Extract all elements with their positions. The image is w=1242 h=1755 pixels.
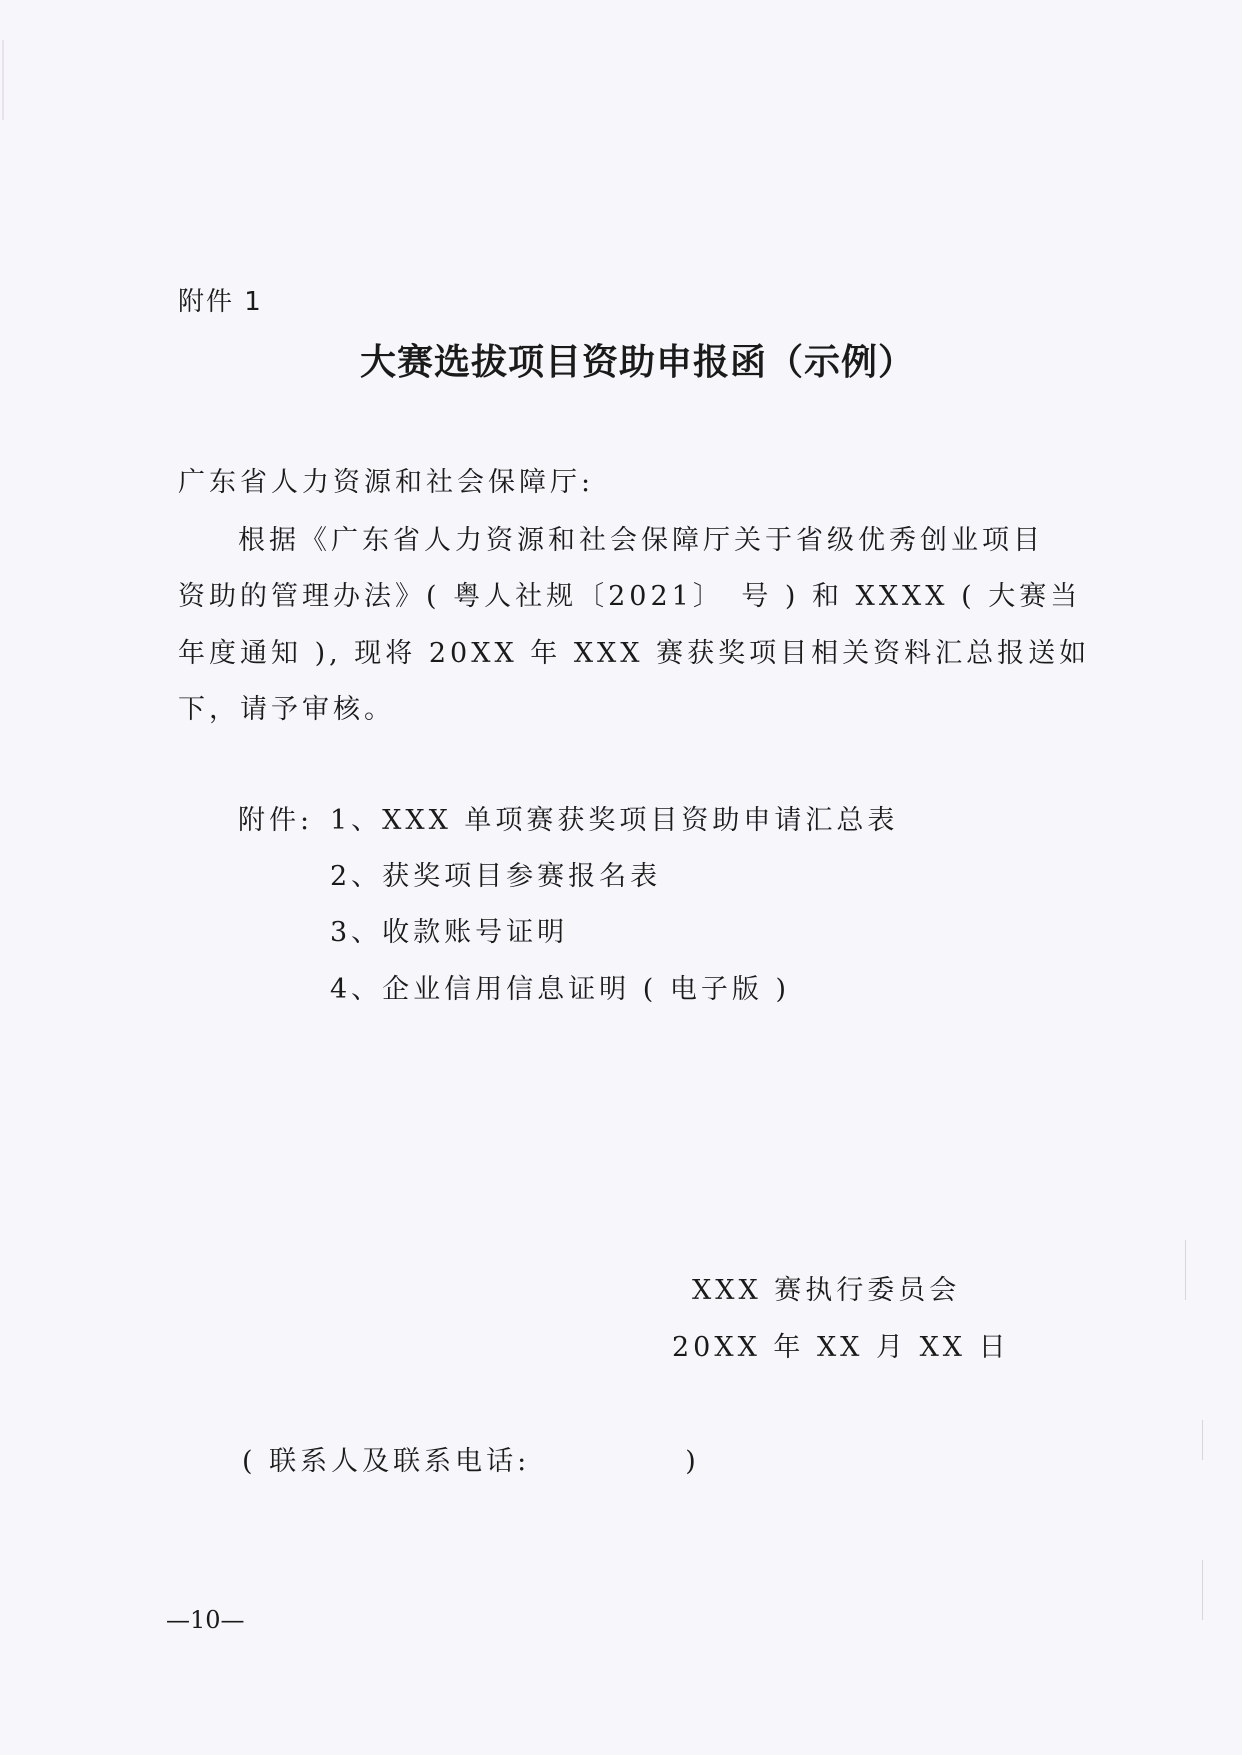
attachments-label: 附件: [238,807,313,834]
salutation: 广东省人力资源和社会保障厅: [178,469,594,496]
scan-mark-artifact [1202,1560,1203,1620]
attachment-item: 3、收款账号证明 [330,919,568,946]
page-title: 大赛选拔项目资助申报函（示例） [360,345,915,381]
body-line-3: 年度通知 ), 现将 20XX 年 XXX 赛获奖项目相关资料汇总报送如 [178,640,1090,667]
body-line-1: 根据《广东省人力资源和社会保障厅关于省级优秀创业项目 [238,527,1044,554]
scan-mark-artifact [1185,1240,1186,1300]
annex-label: 附件 1 [178,289,263,315]
scan-edge-artifact [2,40,4,120]
attachment-item: 2、获奖项目参赛报名表 [330,863,661,890]
signature-organization: XXX 赛执行委员会 [692,1277,960,1304]
body-line-4: 下，请予审核。 [178,696,395,723]
body-line-2: 资助的管理办法》( 粤人社规〔2021〕 号 ) 和 XXXX ( 大赛当 [178,583,1081,610]
page-number: —10— [166,1608,245,1632]
attachment-item: 4、企业信用信息证明 ( 电子版 ) [330,976,790,1003]
signature-date: 20XX 年 XX 月 XX 日 [672,1334,1010,1361]
scan-mark-artifact [1202,1420,1203,1460]
contact-line: ( 联系人及联系电话: ) [242,1448,700,1475]
document-page: 附件 1 大赛选拔项目资助申报函（示例） 广东省人力资源和社会保障厅: 根据《广… [0,0,1242,1755]
attachment-item: 1、XXX 单项赛获奖项目资助申请汇总表 [330,807,898,834]
